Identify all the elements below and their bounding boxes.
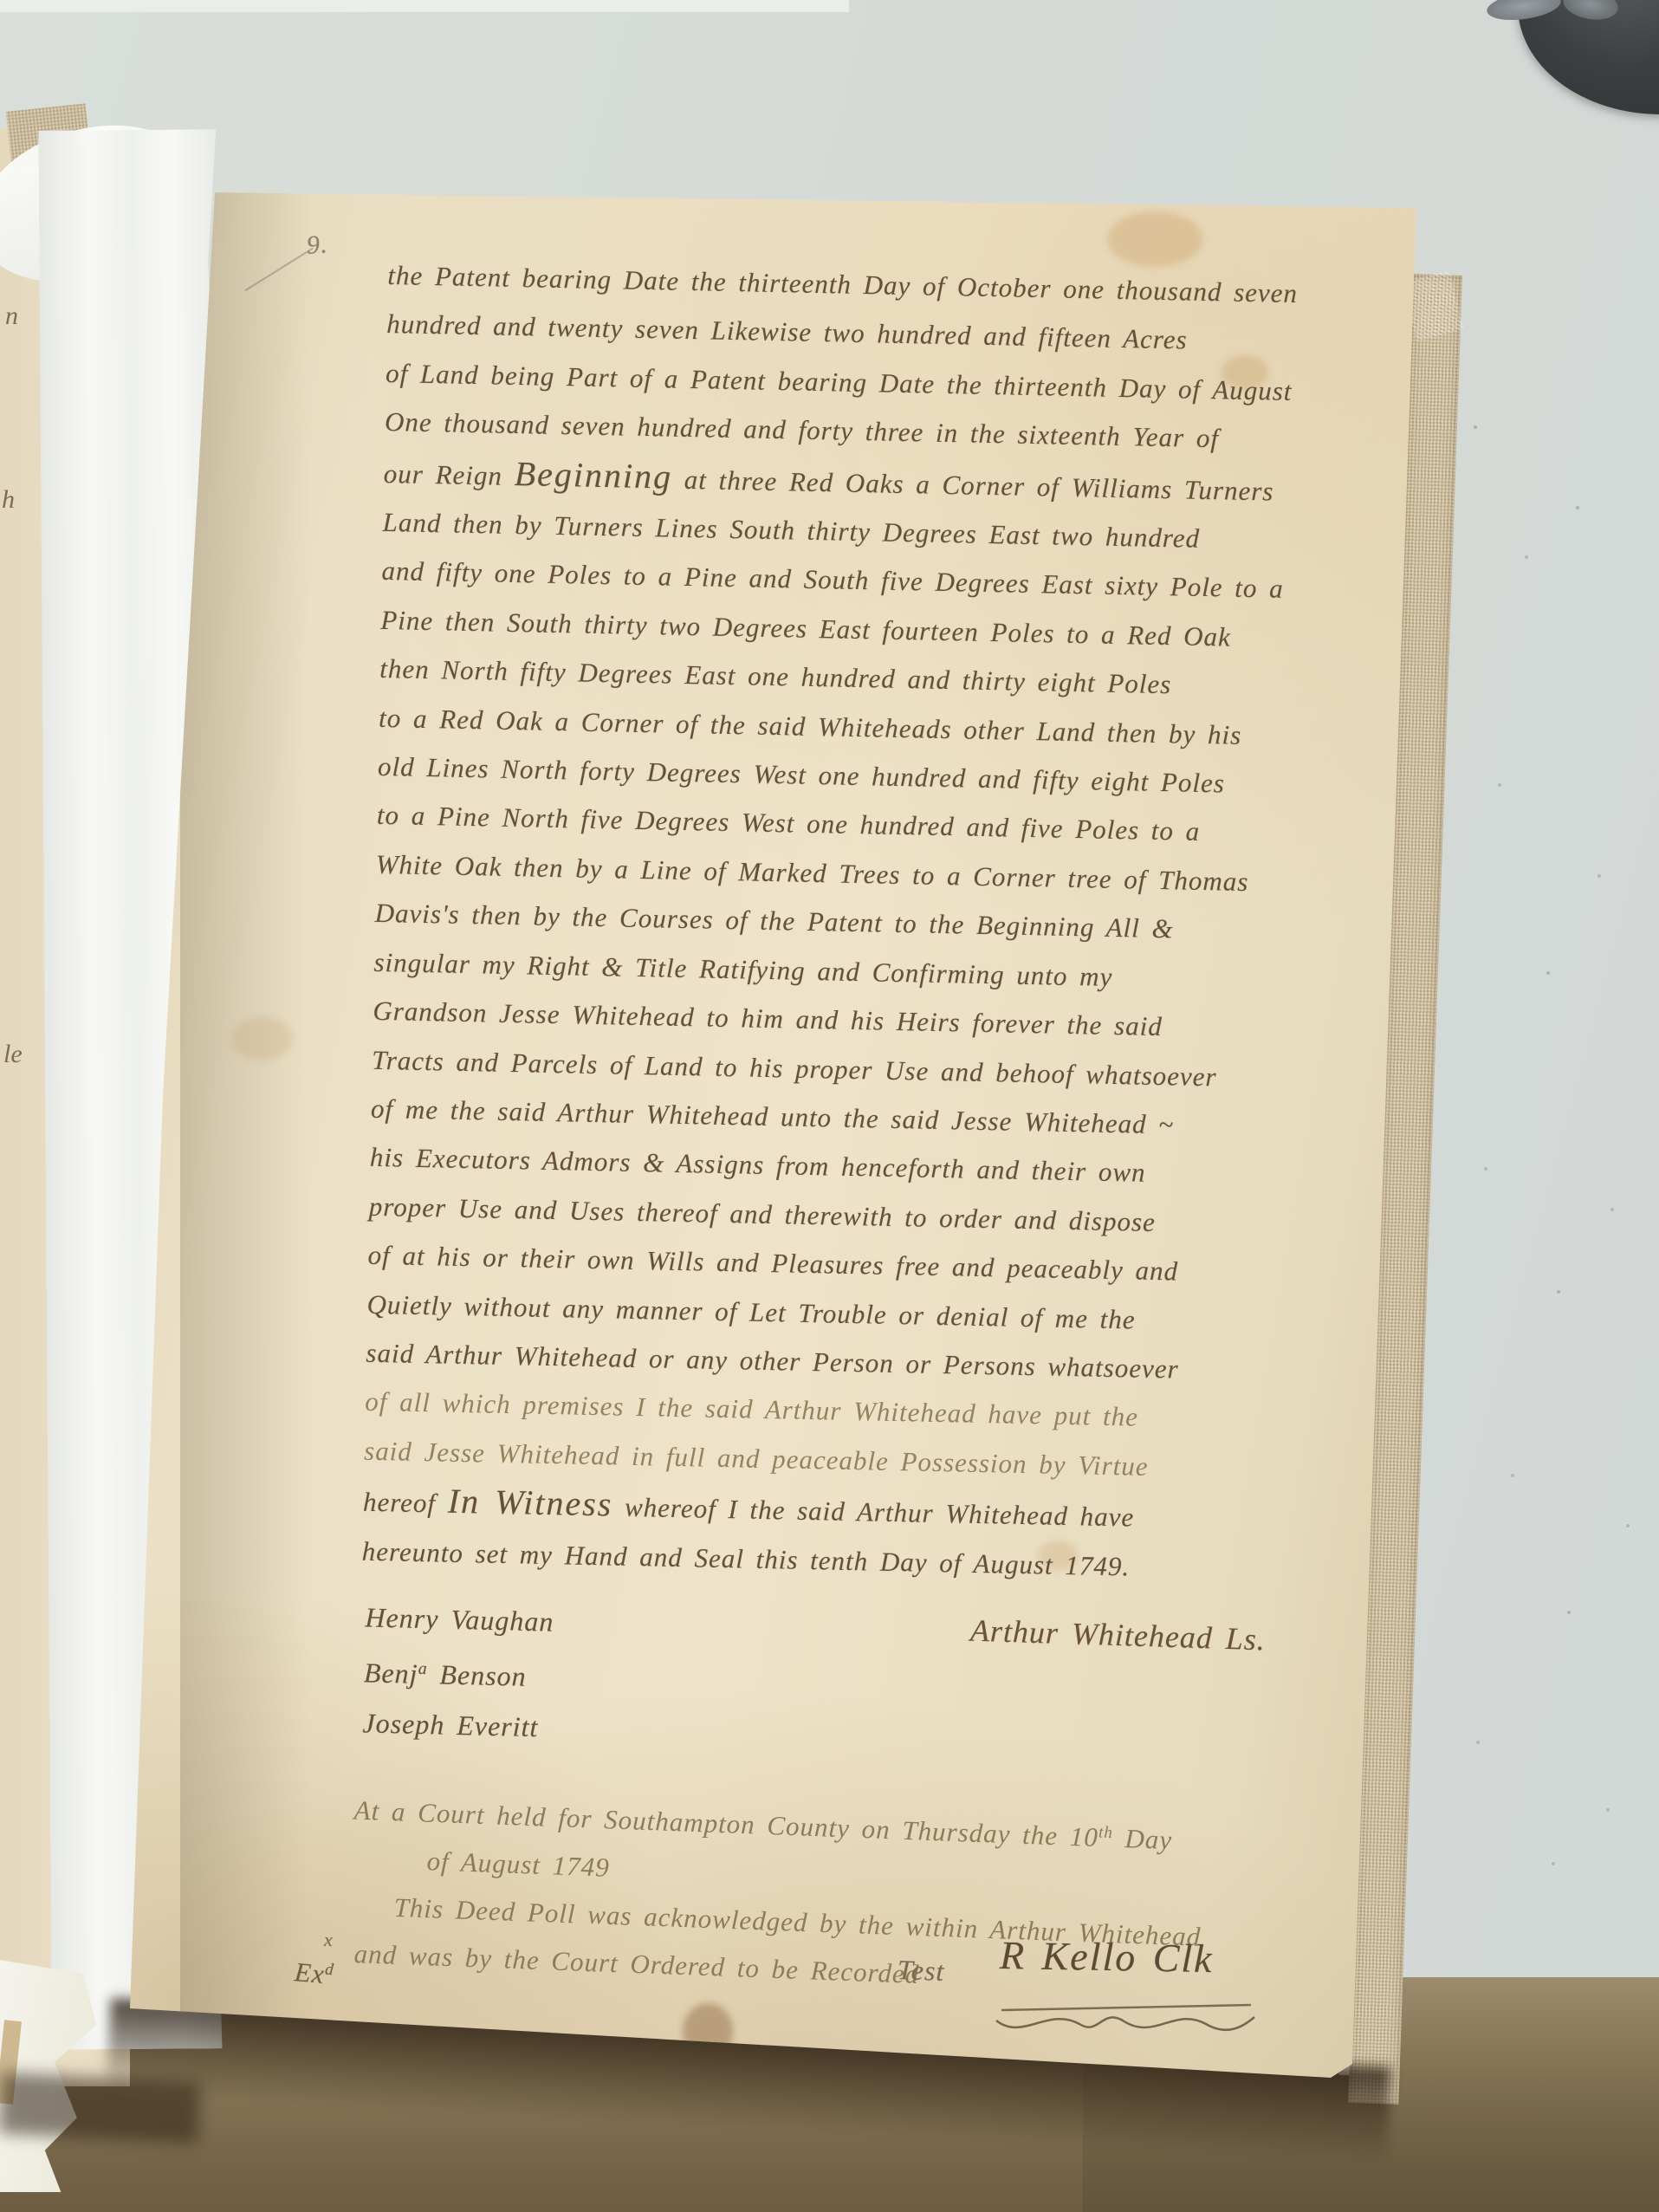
- examined-note: Exd: [294, 1956, 335, 1991]
- gutter-shadow: [180, 185, 310, 2048]
- witness-name: Benja Benson: [363, 1642, 553, 1702]
- teste-label: Test: [897, 1954, 945, 1988]
- manuscript-page: 9. the Patent bearing Date the thirteent…: [128, 185, 1428, 2096]
- bleed-text-fragment: h: [2, 485, 15, 515]
- witness-list: Henry Vaughan Benja Benson Joseph Everit…: [362, 1592, 554, 1752]
- witness-name: Henry Vaughan: [365, 1592, 554, 1646]
- deed-body-text: the Patent bearing Date the thirteenth D…: [361, 251, 1435, 1597]
- paper-stain: [232, 1017, 293, 1061]
- bleed-text-fragment: n: [5, 302, 18, 331]
- folio-number: 9.: [306, 230, 329, 261]
- table-edge-highlight: [0, 0, 849, 12]
- grantor-signature: Arthur Whitehead Ls.: [969, 1612, 1266, 1658]
- margin-mark: x: [324, 1929, 334, 1951]
- paper-stain: [1107, 211, 1202, 267]
- dust-specks: [0, 0, 2, 2]
- signature-flourish: [991, 2001, 1260, 2045]
- witness-name: Joseph Everitt: [362, 1697, 552, 1752]
- bleed-text-fragment: le: [3, 1040, 23, 1069]
- photo-of-manuscript-page: { "scene": { "description": "Photograph …: [0, 0, 1659, 2212]
- clerk-signature: R Kello Clk: [1000, 1932, 1215, 1982]
